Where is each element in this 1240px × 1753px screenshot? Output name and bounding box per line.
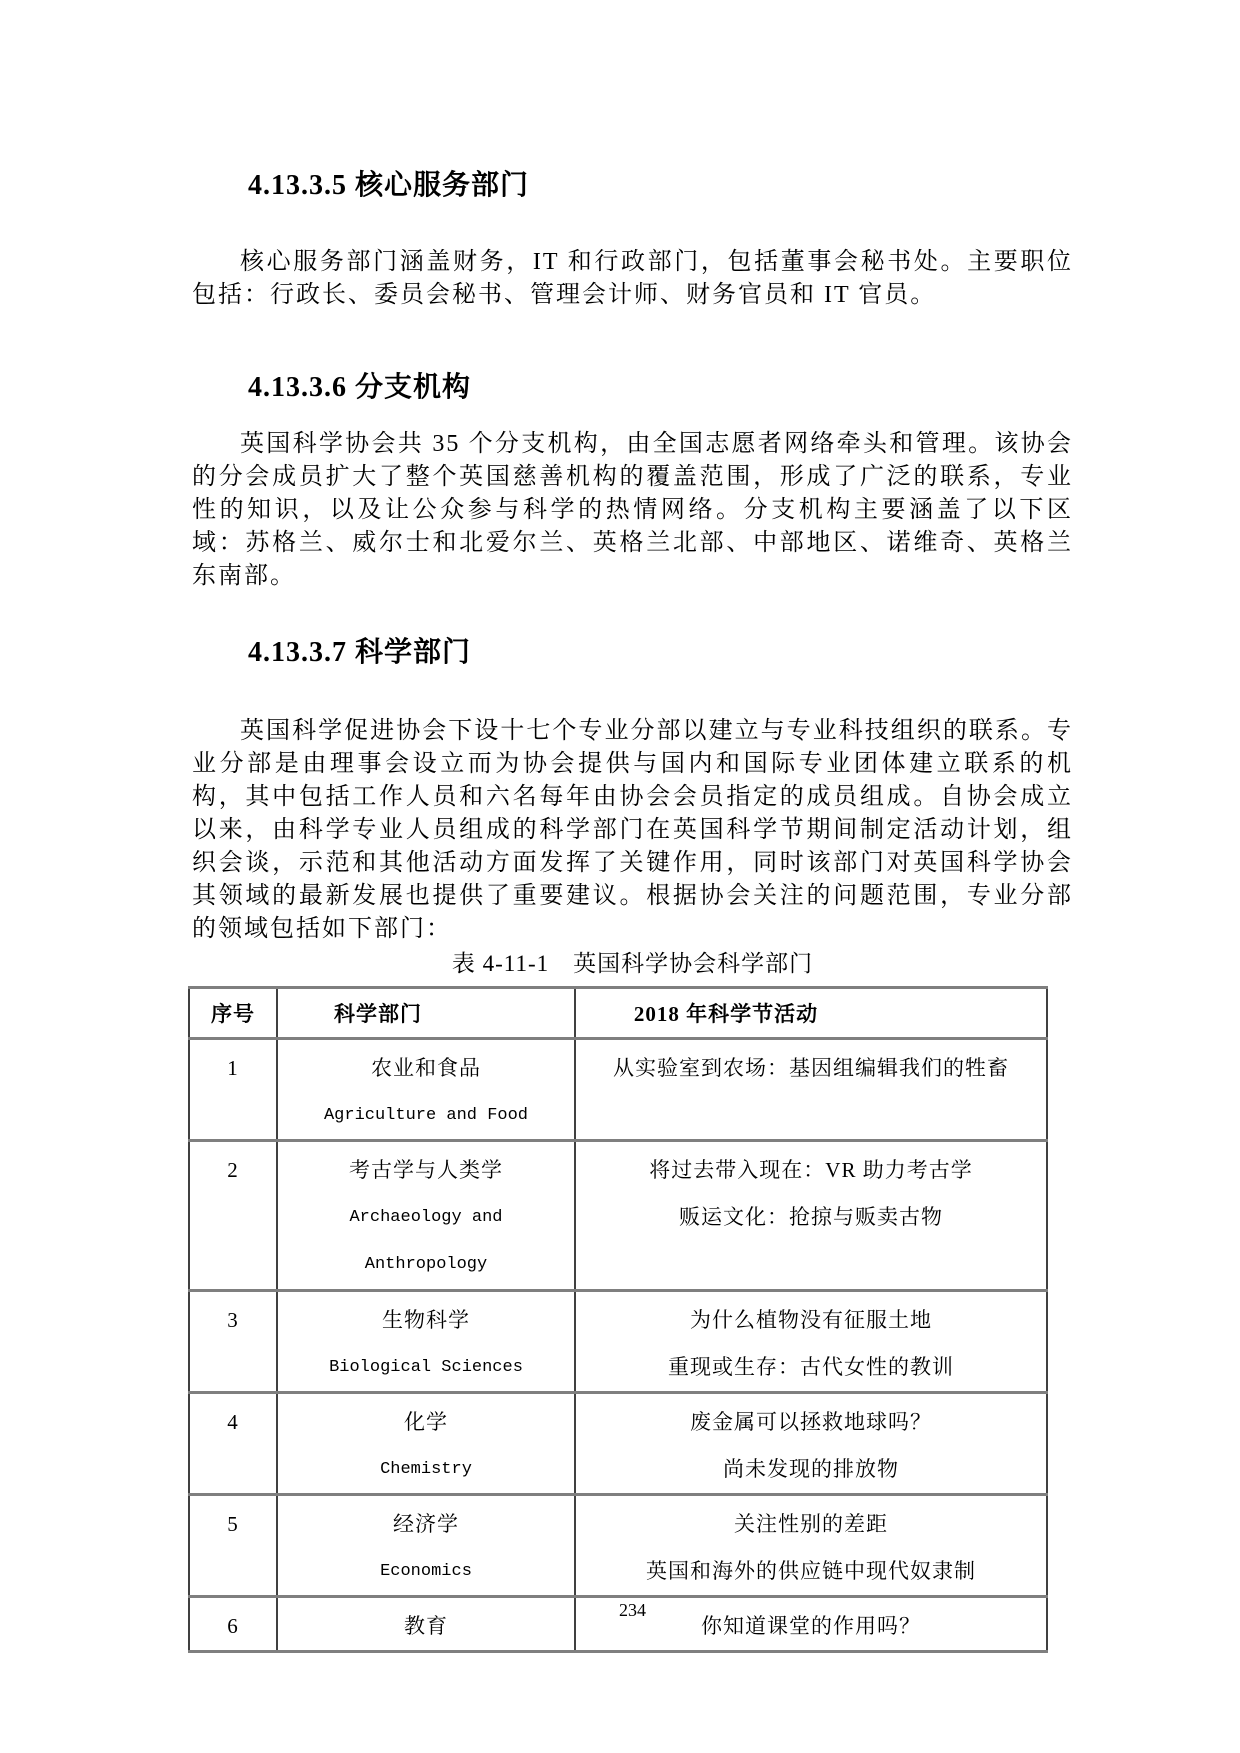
cell-line: 从实验室到农场：基因组编辑我们的牲畜 bbox=[576, 1045, 1046, 1092]
cell-line: 废金属可以拯救地球吗？ bbox=[576, 1399, 1046, 1446]
table-row: 5经济学Economics关注性别的差距英国和海外的供应链中现代奴隶制 bbox=[189, 1495, 1047, 1597]
department-cell: 农业和食品Agriculture and Food bbox=[277, 1039, 575, 1141]
section-heading-4-13-3-7: 4.13.3.7 科学部门 bbox=[192, 635, 1073, 671]
activities-cell: 为什么植物没有征服土地重现或生存：古代女性的教训 bbox=[575, 1291, 1047, 1393]
header-cell-activities: 2018 年科学节活动 bbox=[575, 988, 1047, 1039]
row-number-cell: 3 bbox=[189, 1291, 277, 1393]
table-row: 1农业和食品Agriculture and Food从实验室到农场：基因组编辑我… bbox=[189, 1039, 1047, 1141]
table-row: 2考古学与人类学Archaeology andAnthropology将过去带入… bbox=[189, 1141, 1047, 1291]
cell-line: 1 bbox=[190, 1045, 276, 1092]
cell-line: 化学 bbox=[278, 1399, 574, 1446]
page-number: 234 bbox=[192, 1600, 1073, 1621]
science-departments-table: 序号 科学部门 2018 年科学节活动 1农业和食品Agriculture an… bbox=[188, 986, 1048, 1653]
activities-cell: 将过去带入现在：VR 助力考古学贩运文化：抢掠与贩卖古物 bbox=[575, 1141, 1047, 1291]
cell-line: 为什么植物没有征服土地 bbox=[576, 1297, 1046, 1344]
activities-cell: 关注性别的差距英国和海外的供应链中现代奴隶制 bbox=[575, 1495, 1047, 1597]
table-row: 3生物科学Biological Sciences为什么植物没有征服土地重现或生存… bbox=[189, 1291, 1047, 1393]
cell-line: 3 bbox=[190, 1297, 276, 1344]
cell-line-en: Archaeology and bbox=[278, 1194, 574, 1241]
department-cell: 经济学Economics bbox=[277, 1495, 575, 1597]
page-content: 4.13.3.5 核心服务部门 核心服务部门涵盖财务，IT 和行政部门，包括董事… bbox=[192, 0, 1073, 1653]
activities-cell: 废金属可以拯救地球吗？尚未发现的排放物 bbox=[575, 1393, 1047, 1495]
cell-line: 将过去带入现在：VR 助力考古学 bbox=[576, 1147, 1046, 1194]
cell-line: 关注性别的差距 bbox=[576, 1501, 1046, 1548]
table-header: 序号 科学部门 2018 年科学节活动 bbox=[189, 988, 1047, 1039]
cell-line: 4 bbox=[190, 1399, 276, 1446]
cell-line: 农业和食品 bbox=[278, 1045, 574, 1092]
section-paragraph: 英国科学促进协会下设十七个专业分部以建立与专业科技组织的联系。专业分部是由理事会… bbox=[192, 715, 1073, 946]
department-cell: 生物科学Biological Sciences bbox=[277, 1291, 575, 1393]
cell-line-en: Anthropology bbox=[278, 1241, 574, 1288]
cell-line-en: Biological Sciences bbox=[278, 1344, 574, 1391]
document-page: 4.13.3.5 核心服务部门 核心服务部门涵盖财务，IT 和行政部门，包括董事… bbox=[0, 0, 1240, 1753]
cell-line-en: Economics bbox=[278, 1548, 574, 1595]
header-cell-department: 科学部门 bbox=[277, 988, 575, 1039]
cell-line: 英国和海外的供应链中现代奴隶制 bbox=[576, 1548, 1046, 1595]
department-cell: 化学Chemistry bbox=[277, 1393, 575, 1495]
department-cell: 考古学与人类学Archaeology andAnthropology bbox=[277, 1141, 575, 1291]
row-number-cell: 2 bbox=[189, 1141, 277, 1291]
cell-line: 2 bbox=[190, 1147, 276, 1194]
section-heading-4-13-3-5: 4.13.3.5 核心服务部门 bbox=[192, 168, 1073, 204]
cell-line: 重现或生存：古代女性的教训 bbox=[576, 1344, 1046, 1391]
science-table-body: 1农业和食品Agriculture and Food从实验室到农场：基因组编辑我… bbox=[189, 1039, 1047, 1652]
row-number-cell: 5 bbox=[189, 1495, 277, 1597]
row-number-cell: 4 bbox=[189, 1393, 277, 1495]
cell-line: 5 bbox=[190, 1501, 276, 1548]
cell-line: 考古学与人类学 bbox=[278, 1147, 574, 1194]
section-paragraph: 英国科学协会共 35 个分支机构，由全国志愿者网络牵头和管理。该协会的分会成员扩… bbox=[192, 428, 1073, 593]
cell-line: 贩运文化：抢掠与贩卖古物 bbox=[576, 1194, 1046, 1241]
table-header-row: 序号 科学部门 2018 年科学节活动 bbox=[189, 988, 1047, 1039]
cell-line: 生物科学 bbox=[278, 1297, 574, 1344]
section-paragraph: 核心服务部门涵盖财务，IT 和行政部门，包括董事会秘书处。主要职位包括：行政长、… bbox=[192, 246, 1073, 312]
cell-line: 尚未发现的排放物 bbox=[576, 1446, 1046, 1493]
cell-line: 经济学 bbox=[278, 1501, 574, 1548]
cell-line-en: Agriculture and Food bbox=[278, 1092, 574, 1139]
section-heading-4-13-3-6: 4.13.3.6 分支机构 bbox=[192, 370, 1073, 406]
table-caption: 表 4-11-1 英国科学协会科学部门 bbox=[192, 948, 1073, 980]
activities-cell: 从实验室到农场：基因组编辑我们的牲畜 bbox=[575, 1039, 1047, 1141]
table-row: 4化学Chemistry废金属可以拯救地球吗？尚未发现的排放物 bbox=[189, 1393, 1047, 1495]
row-number-cell: 1 bbox=[189, 1039, 277, 1141]
header-cell-number: 序号 bbox=[189, 988, 277, 1039]
cell-line-en: Chemistry bbox=[278, 1446, 574, 1493]
